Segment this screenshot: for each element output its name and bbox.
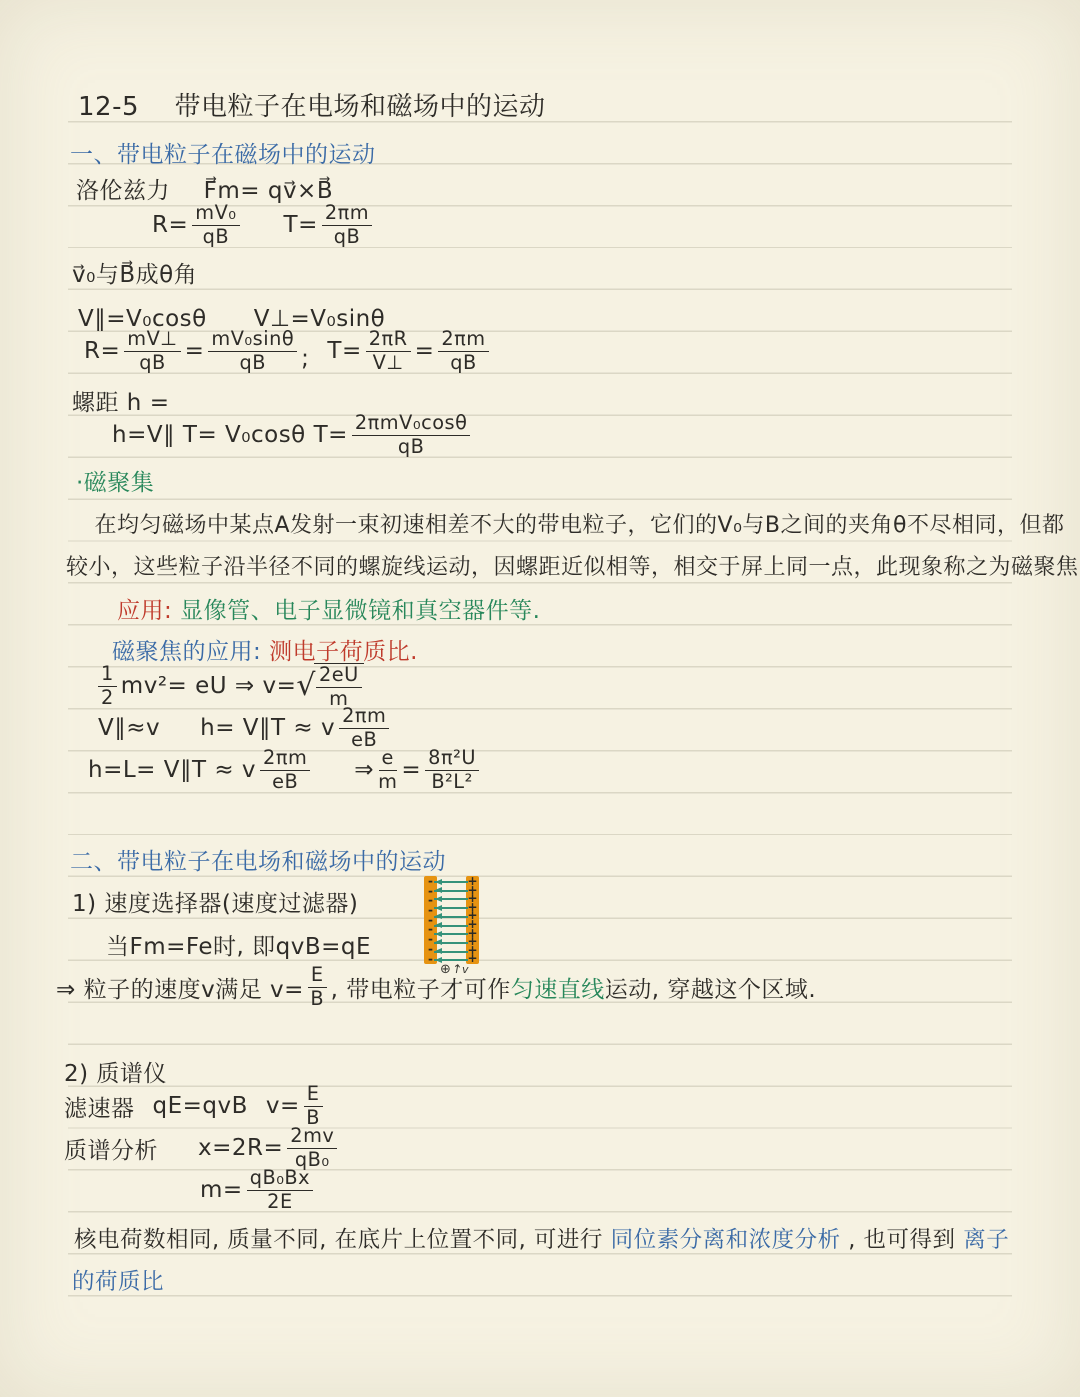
fraction: 2πm eB xyxy=(339,706,389,751)
fraction: 8π²U B²L² xyxy=(425,748,479,793)
fraction-numerator: 2πm xyxy=(339,706,389,729)
section1-heading: 一、带电粒子在磁场中的运动 xyxy=(70,136,376,169)
pitch-formula: h=V∥ T= V₀cosθ T= 2πmV₀cosθ qB xyxy=(112,414,474,456)
fraction-denominator: B xyxy=(310,988,324,1010)
fraction-denominator: qB xyxy=(398,436,425,458)
balance-condition: 当Fm=Fe时, 即qvB=qE xyxy=(106,928,371,961)
velocity-selector-diagram: --------- ++++++++++ ⊕↑v xyxy=(423,876,481,980)
focusing-application-text: 测电子荷质比. xyxy=(269,639,418,665)
e-field-arrow xyxy=(434,933,468,935)
velocity-lhs: v= xyxy=(266,1093,300,1119)
period-lhs: T= xyxy=(327,338,361,364)
filter-equation: qE=qvB xyxy=(153,1093,248,1119)
fraction-numerator: E xyxy=(308,965,327,988)
fraction-numerator: 2mv xyxy=(287,1126,337,1149)
spectrum-analysis-line: 质谱分析 x=2R= 2mv qB₀ xyxy=(64,1127,341,1169)
diameter-lhs: x=2R= xyxy=(198,1135,283,1161)
magnetic-focusing-heading: ·磁聚集 xyxy=(76,464,154,497)
fraction-denominator: V⊥ xyxy=(373,352,404,374)
e-field-arrow xyxy=(434,942,468,944)
energy-mid: mv²= eU ⇒ v= xyxy=(121,673,297,699)
fraction-denominator: m xyxy=(378,771,397,793)
fraction-numerator: 2πR xyxy=(366,329,411,352)
fraction: 2πR V⊥ xyxy=(366,329,411,374)
application-label: 应用: xyxy=(117,598,172,624)
selector-result-line: ⇒ 粒子的速度v满足 v= E B , 带电粒子才可作 匀速直线 运动, 穿越这… xyxy=(56,966,816,1008)
mass-formula-line: m= qB₀Bx 2E xyxy=(200,1169,317,1211)
e-field-arrow xyxy=(434,959,468,961)
focusing-application-label: 磁聚焦的应用: xyxy=(112,639,261,665)
application-text: 显像管、电子显微镜和真空器件等. xyxy=(180,598,540,624)
focusing-paragraph-line1: 在均匀磁场中某点A发射一束初速相差不大的带电粒子，它们的V₀与B之间的夹角θ不尽… xyxy=(72,508,1064,539)
fraction-numerator: 2πm xyxy=(438,329,488,352)
fraction-denominator: eB xyxy=(351,729,377,751)
e-field-arrow xyxy=(434,925,468,927)
implies-arrow: ⇒ xyxy=(354,757,374,783)
v-parallel-approx: V∥≈v xyxy=(98,715,160,741)
fraction-numerator: 2πmV₀cosθ xyxy=(352,413,471,436)
mass-lhs: m= xyxy=(200,1177,243,1203)
fraction: 2πmV₀cosθ qB xyxy=(352,413,471,458)
isotope-text-black2: , 也可得到 xyxy=(848,1227,955,1253)
fraction: qB₀Bx 2E xyxy=(247,1168,313,1213)
angle-statement: v⃗₀与B⃗成θ角 xyxy=(72,256,197,289)
isotope-paragraph-line2: 的荷质比 xyxy=(72,1264,164,1296)
fraction-numerator: qB₀Bx xyxy=(247,1168,313,1191)
fraction-numerator: 8π²U xyxy=(425,748,479,771)
e-field-arrow xyxy=(434,907,468,909)
radius-lhs: R= xyxy=(152,212,188,238)
analysis-label: 质谱分析 xyxy=(64,1132,158,1165)
fraction-numerator: mV₀ xyxy=(192,203,239,226)
section2-heading: 二、带电粒子在电场和磁场中的运动 xyxy=(70,843,446,876)
velocity-selector-item: 1) 速度选择器(速度过滤器) xyxy=(72,885,358,918)
pitch-label: 螺距 h = xyxy=(72,384,169,417)
velocity-filter-line: 滤速器 qE=qvB v= E B xyxy=(64,1085,327,1127)
half-fraction: 1 2 xyxy=(98,664,117,709)
e-field-arrow xyxy=(434,890,468,892)
fraction-denominator: 2 xyxy=(101,687,114,709)
pitch-approx-lhs: h= V∥T ≈ v xyxy=(200,715,335,741)
page-title: 12-5 带电粒子在电场和磁场中的运动 xyxy=(78,86,546,123)
fraction-denominator: qB xyxy=(334,226,361,248)
fraction-denominator: qB xyxy=(139,352,166,374)
focusing-application-line: 磁聚焦的应用: 测电子荷质比. xyxy=(112,633,418,666)
period-lhs: T= xyxy=(284,212,318,238)
fraction-denominator: qB xyxy=(203,226,230,248)
equals-sign: = xyxy=(415,338,435,364)
radius-lhs: R= xyxy=(84,338,120,364)
mass-spectrometer-item: 2) 质谱仪 xyxy=(64,1055,167,1088)
fraction-numerator: mV₀sinθ xyxy=(208,329,297,352)
e-over-m-fraction: e m xyxy=(378,748,397,793)
fraction-numerator: mV⊥ xyxy=(124,329,180,352)
fraction-numerator: e xyxy=(379,748,397,771)
application-line: 应用: 显像管、电子显微镜和真空器件等. xyxy=(117,592,540,625)
focusing-paragraph-line2: 较小，这些粒子沿半径不同的螺旋线运动，因螺距近似相等，相交于屏上同一点，此现象称… xyxy=(66,550,1080,581)
pitch-lhs: h=V∥ T= V₀cosθ T= xyxy=(112,422,348,448)
e-over-b-fraction: E B xyxy=(304,1084,323,1129)
notebook-page: 12-5 带电粒子在电场和磁场中的运动 一、带电粒子在磁场中的运动 洛伦兹力 F… xyxy=(0,0,1080,1397)
fraction-numerator: 1 xyxy=(98,664,117,687)
e-field-arrow xyxy=(434,898,468,900)
uniform-motion-highlight: 匀速直线 xyxy=(511,971,605,1004)
fraction-denominator: qB xyxy=(240,352,267,374)
fraction-denominator: qB xyxy=(450,352,477,374)
charge-mass-ratio-line: h=L= V∥T ≈ v 2πm eB ⇒ e m = 8π²U B²L² xyxy=(88,749,483,791)
title-text: 带电粒子在电场和磁场中的运动 xyxy=(175,92,546,122)
radius-period-theta-formulas: R= mV⊥ qB = mV₀sinθ qB ; T= 2πR V⊥ = 2πm… xyxy=(84,330,493,372)
isotope-text-blue: 同位素分离和浓度分析 xyxy=(611,1227,841,1253)
result-mid: , 带电粒子才可作 xyxy=(331,971,511,1004)
fraction-denominator: B²L² xyxy=(431,771,473,793)
isotope-paragraph-line1: 核电荷数相同, 质量不同, 在底片上位置不同, 可进行 同位素分离和浓度分析 ,… xyxy=(74,1222,1009,1254)
fraction-numerator: 2eU xyxy=(316,665,362,688)
e-over-b-fraction: E B xyxy=(308,965,327,1010)
approximation-line1: V∥≈v h= V∥T ≈ v 2πm eB xyxy=(98,707,393,749)
lorentz-label: 洛伦兹力 xyxy=(76,178,170,204)
fraction-numerator: 2πm xyxy=(322,203,372,226)
fraction-numerator: 2πm xyxy=(260,748,310,771)
radius-fraction: mV₀ qB xyxy=(192,203,239,248)
equals-sign: = xyxy=(401,757,421,783)
isotope-text-black: 核电荷数相同, 质量不同, 在底片上位置不同, 可进行 xyxy=(74,1227,603,1253)
fraction: mV₀sinθ qB xyxy=(208,329,297,374)
fraction: 2πm eB xyxy=(260,748,310,793)
period-fraction: 2πm qB xyxy=(322,203,372,248)
radicand: 2eU m xyxy=(314,663,364,710)
fraction: 2πm qB xyxy=(438,329,488,374)
e-field-arrow xyxy=(434,881,468,883)
pitch-length-lhs: h=L= V∥T ≈ v xyxy=(88,757,256,783)
fraction: 2mv qB₀ xyxy=(287,1126,337,1171)
ion-text-blue: 离子 xyxy=(963,1227,1009,1253)
filter-label: 滤速器 xyxy=(64,1090,135,1123)
fraction-denominator: eB xyxy=(272,771,298,793)
energy-formula: 1 2 mv²= eU ⇒ v= √ 2eU m xyxy=(94,665,364,707)
fraction: 2eU m xyxy=(316,665,362,710)
fraction-denominator: 2E xyxy=(267,1191,293,1213)
fraction-numerator: E xyxy=(304,1084,323,1107)
radius-period-formulas: R= mV₀ qB T= 2πm qB xyxy=(152,204,376,246)
fraction: mV⊥ qB xyxy=(124,329,180,374)
result-end: 运动, 穿越这个区域. xyxy=(605,971,816,1004)
e-field-arrows xyxy=(434,879,470,963)
e-field-arrow xyxy=(434,916,468,918)
e-field-arrow xyxy=(434,951,468,953)
equals-sign: = xyxy=(185,338,205,364)
result-lhs: ⇒ 粒子的速度v满足 v= xyxy=(56,971,304,1004)
separator: ; xyxy=(301,346,309,372)
section-number: 12-5 xyxy=(78,92,139,122)
